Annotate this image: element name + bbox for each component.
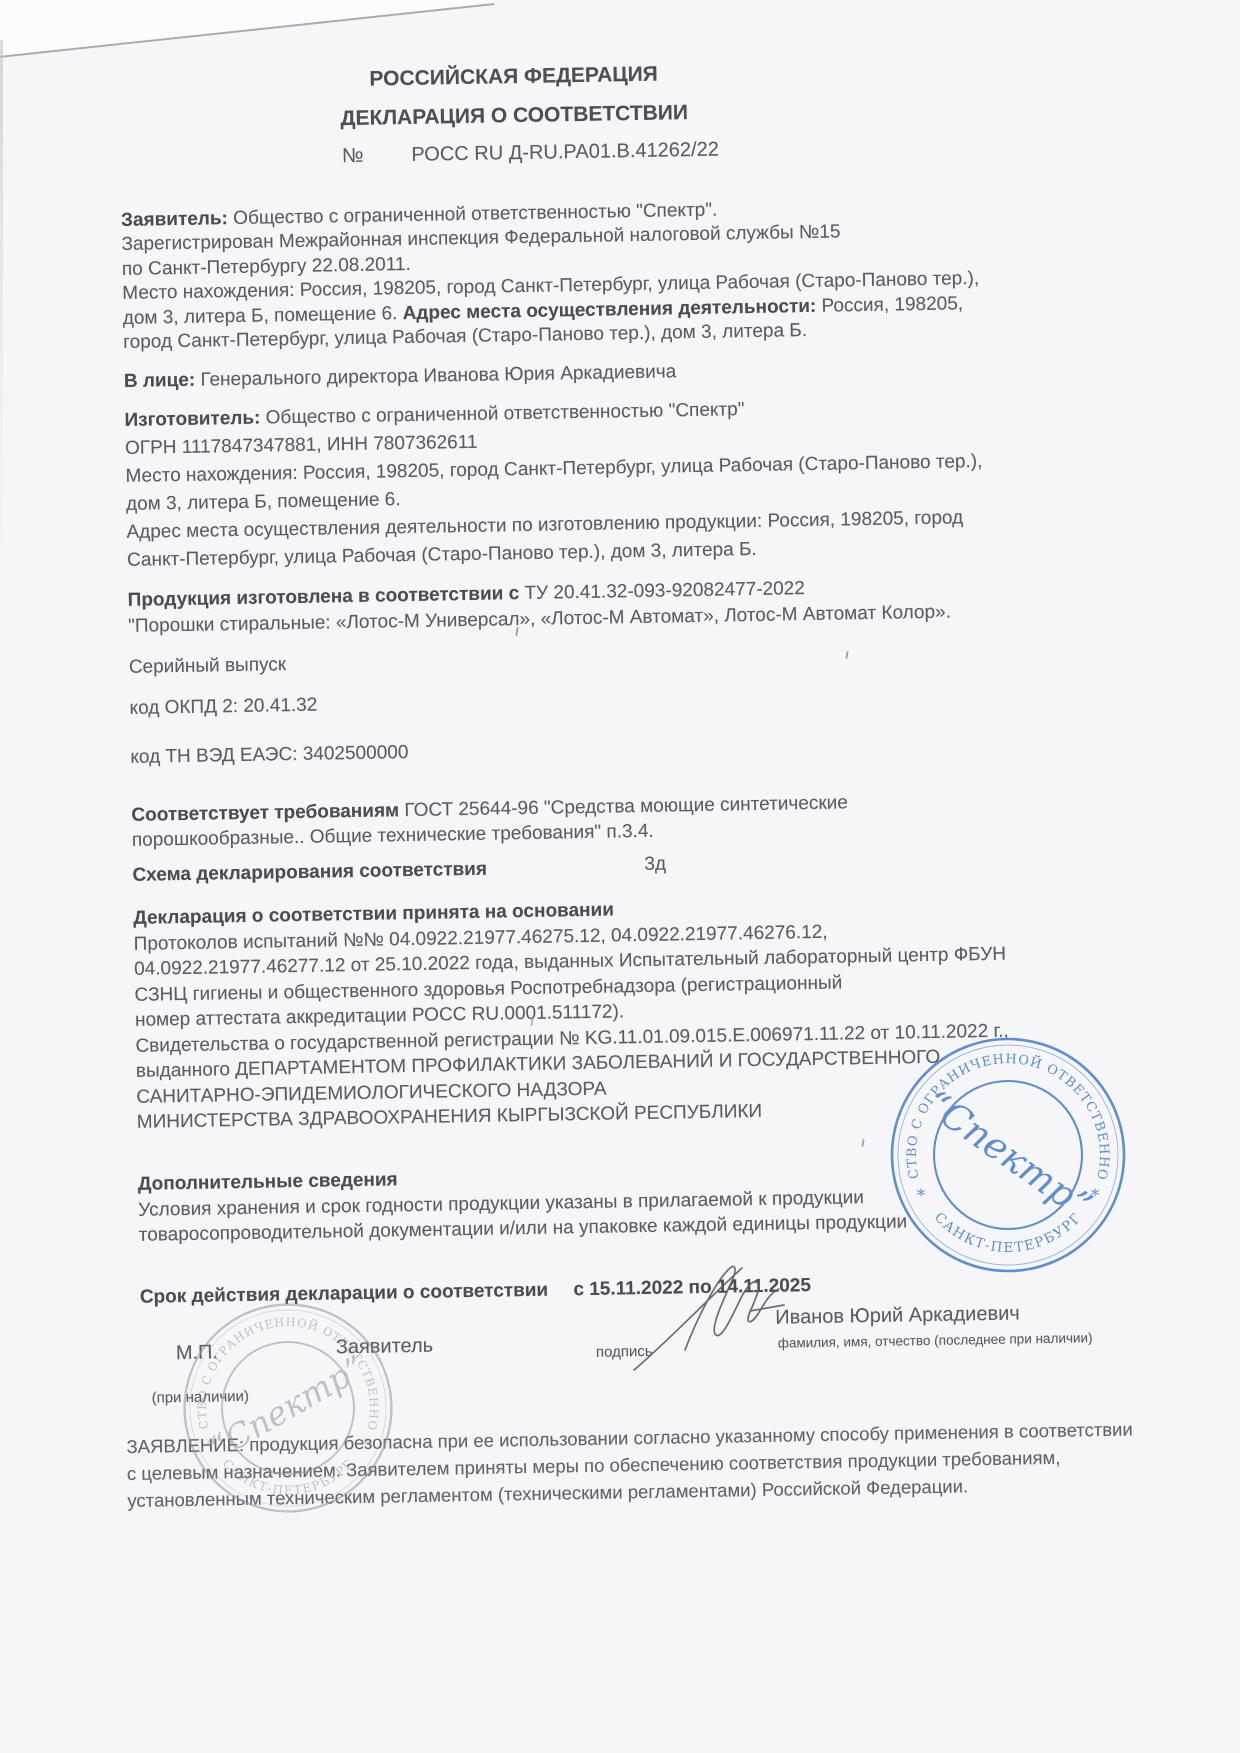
tnved-code: код ТН ВЭД ЕАЭС: 3402500000 [130, 742, 408, 769]
additional-section: Дополнительные сведения Условия хранения… [138, 1158, 908, 1248]
document-title: ДЕКЛАРАЦИЯ О СООТВЕТСТВИИ [119, 97, 909, 135]
manufacturer-label: Изготовитель: [124, 408, 260, 431]
manufacturer-name: Общество с ограниченной ответственностью… [260, 399, 744, 428]
scan-left-shadow [0, 40, 3, 560]
number-label: № [342, 145, 364, 168]
manufacturer-section: Изготовитель: Общество с ограниченной от… [124, 392, 984, 575]
stamp-star-left: * [917, 1186, 926, 1206]
representative-label: В лице: [124, 370, 196, 392]
applicant-address-2: дом 3, литера Б, помещение 6. [123, 303, 403, 329]
company-stamp-blue: ОБЩЕСТВО С ОГРАНИЧЕННОЙ ОТВЕТСТВЕННОСТЬЮ… [888, 1035, 1128, 1275]
product-section: Продукция изготовлена в соответствии с Т… [127, 574, 951, 640]
serial-production: Серийный выпуск [129, 654, 287, 679]
scanned-declaration-page: РОССИЙСКАЯ ФЕДЕРАЦИЯ ДЕКЛАРАЦИЯ О СООТВЕ… [0, 0, 1240, 1753]
okpd-code: код ОКПД 2: 20.41.32 [129, 695, 317, 720]
declaration-number-row: № РОСС RU Д-RU.РА01.В.41262/22 [120, 135, 910, 172]
handwritten-signature [630, 1250, 800, 1380]
declaration-number: РОСС RU Д-RU.РА01.В.41262/22 [411, 139, 719, 167]
product-label: Продукция изготовлена в соответствии с [128, 583, 520, 611]
company-stamp-gray: ОБЩЕСТВО С ОГРАНИЧЕННОЙ ОТВЕТСТВЕННОСТЬЮ… [181, 1301, 395, 1515]
stamp-company-name: “Спектр” [917, 1082, 1100, 1228]
signer-name: Иванов Юрий Аркадиевич [775, 1302, 1020, 1329]
conformity-label: Соответствует требованиям [131, 800, 399, 826]
stamp-star-right: * [362, 1435, 370, 1453]
representative-section: В лице: Генерального директора Иванова Ю… [124, 361, 677, 393]
applicant-label: Заявитель: [121, 208, 228, 231]
scheme-row: Схема декларирования соответствия 3д [132, 859, 487, 887]
signer-name-note: фамилия, имя, отчество (последнее при на… [778, 1330, 1093, 1350]
applicant-activity-address: Россия, 198205, [816, 293, 963, 317]
applicant-section: Заявитель: Общество с ограниченной ответ… [121, 194, 980, 355]
conformity-section: Соответствует требованиям ГОСТ 25644-96 … [131, 790, 848, 852]
representative-name: Генерального директора Иванова Юрия Арка… [195, 361, 676, 390]
basis-section: Декларация о соответствии принята на осн… [133, 891, 1010, 1136]
scheme-value: 3д [644, 854, 666, 876]
scheme-label: Схема декларирования соответствия [132, 859, 487, 886]
product-tu: ТУ 20.41.32-093-92082477-2022 [519, 578, 805, 604]
stamp-company-name: “Спектр” [203, 1347, 371, 1467]
stamp-city-text: САНКТ-ПЕТЕРБУРГ [220, 1456, 356, 1497]
country-heading: РОССИЙСКАЯ ФЕДЕРАЦИЯ [118, 58, 908, 96]
